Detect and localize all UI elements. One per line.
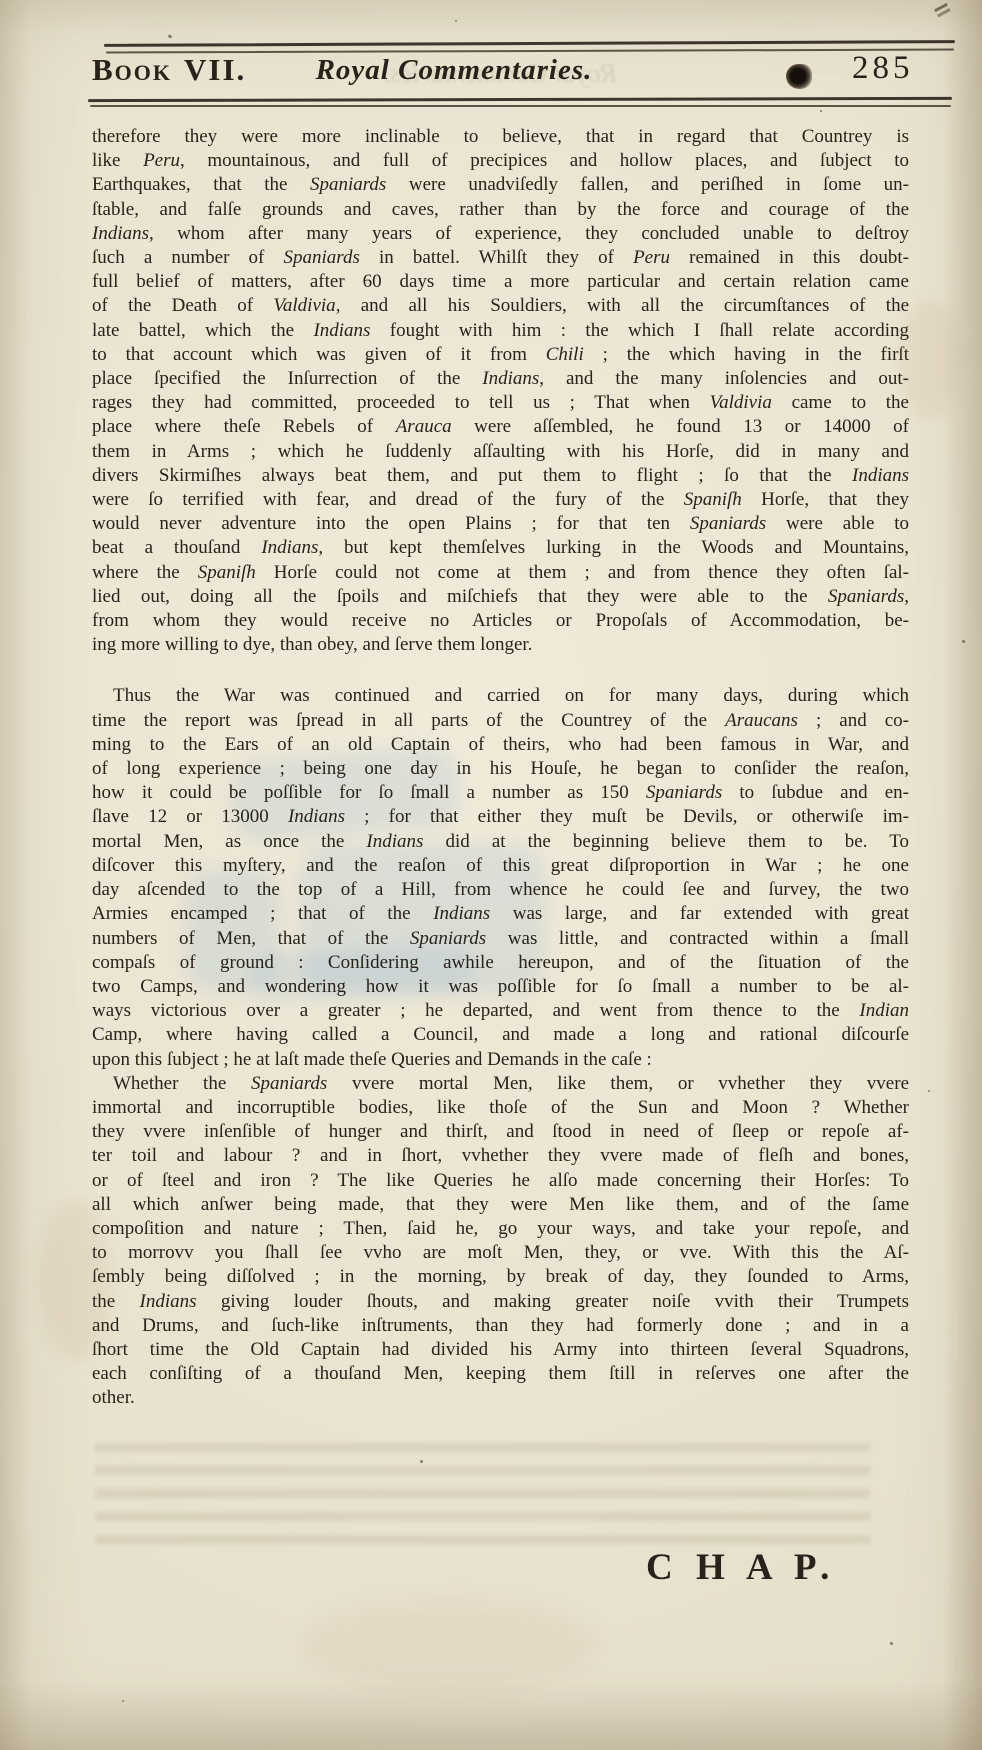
text-segment: therefore they were more inclinable to b… <box>92 126 909 147</box>
text-segment: and Drums, and ſuch-like inſtruments, th… <box>92 1315 909 1336</box>
text-line: ing more willing to dye, than obey, and … <box>92 633 909 657</box>
text-line: to morrovv you ſhall ſee vvho are moſt M… <box>92 1241 909 1265</box>
italic-proper-noun: Spaniſh <box>684 489 742 510</box>
text-line: place ſpecified the Inſurrection of the … <box>92 367 909 391</box>
text-segment: of long experience ; being one day in hi… <box>92 758 909 779</box>
text-line: each conſiſting of a thouſand Men, keepi… <box>92 1362 909 1386</box>
italic-proper-noun: Indians <box>261 537 318 558</box>
text-segment: time the report was ſpread in all parts … <box>92 710 725 731</box>
italic-proper-noun: Indians <box>366 831 423 852</box>
text-line: Camp, where having called a Council, and… <box>92 1023 909 1047</box>
text-segment: day aſcended to the top of a Hill, from … <box>92 879 909 900</box>
text-segment: how it could be poſſible for ſo ſmall a … <box>92 782 646 803</box>
text-segment: remained in this doubt- <box>670 247 909 268</box>
text-line: them in Arms ; which he ſuddenly aſſault… <box>92 440 909 464</box>
book-word: Book <box>92 52 172 87</box>
italic-proper-noun: Spaniards <box>828 586 904 607</box>
ink-blot <box>786 64 812 89</box>
italic-proper-noun: Spaniards <box>284 247 360 268</box>
text-line: Thus the War was continued and carried o… <box>92 684 909 708</box>
italic-proper-noun: Chili <box>546 344 584 365</box>
text-line: therefore they were more inclinable to b… <box>92 125 909 149</box>
page-number: 285 <box>852 50 914 87</box>
text-segment: each conſiſting of a thouſand Men, keepi… <box>92 1363 909 1384</box>
text-line: and Drums, and ſuch-like inſtruments, th… <box>92 1314 909 1338</box>
text-segment: fought with him : the which I ſhall rela… <box>370 320 909 341</box>
text-line: to that account which was given of it fr… <box>92 343 909 367</box>
text-segment: ter toil and labour ? and in ſhort, vvhe… <box>92 1145 909 1166</box>
text-line: other. <box>92 1386 909 1410</box>
text-segment: where the <box>92 562 198 583</box>
text-line: ſuch a number of Spaniards in battel. Wh… <box>92 246 909 270</box>
text-segment: in battel. Whilſt they of <box>360 247 633 268</box>
italic-proper-noun: Indian <box>859 1000 909 1021</box>
text-line: immortal and incorruptible bodies, like … <box>92 1096 909 1120</box>
italic-proper-noun: Spaniards <box>690 513 766 534</box>
text-segment: them in Arms ; which he ſuddenly aſſault… <box>92 441 909 462</box>
header-rule-top-outer <box>104 40 955 47</box>
text-segment: all which anſwer being made, that they w… <box>92 1194 909 1215</box>
text-line: time the report was ſpread in all parts … <box>92 709 909 733</box>
text-line: Whether the Spaniards vvere mortal Men, … <box>92 1072 909 1096</box>
header-rule-bottom-outer <box>88 97 952 102</box>
speck <box>168 34 173 39</box>
italic-proper-noun: Indians <box>140 1291 197 1312</box>
text-segment: was large, and far extended with great <box>490 903 909 924</box>
text-line: rages they had committed, proceeded to t… <box>92 391 909 415</box>
speck <box>890 1642 893 1645</box>
text-segment: would never adventure into the open Plai… <box>92 513 690 534</box>
italic-proper-noun: Spaniards <box>410 928 486 949</box>
italic-proper-noun: Spaniards <box>310 174 386 195</box>
text-segment: ming to the Ears of an old Captain of th… <box>92 734 909 755</box>
text-line: ſtable, and falſe grounds and caves, rat… <box>92 198 909 222</box>
text-segment: numbers of Men, that of the <box>92 928 410 949</box>
text-segment: from whom they would receive no Articles… <box>92 610 909 631</box>
text-line: would never adventure into the open Plai… <box>92 512 909 536</box>
italic-proper-noun: Indians <box>433 903 490 924</box>
text-segment: were unadviſedly fallen, and periſhed in… <box>386 174 909 195</box>
text-segment: mortal Men, as once the <box>92 831 366 852</box>
text-line: full belief of matters, after 60 days ti… <box>92 270 909 294</box>
text-segment: , and the many inſolencies and out- <box>539 368 909 389</box>
text-segment: giving louder ſhouts, and making greater… <box>197 1291 909 1312</box>
text-segment: Horſe, that they <box>742 489 909 510</box>
foxing-stain <box>900 300 960 420</box>
speck <box>962 640 965 643</box>
body-text: therefore they were more inclinable to b… <box>92 125 909 1411</box>
text-line: day aſcended to the top of a Hill, from … <box>92 878 909 902</box>
text-line: the Indians giving louder ſhouts, and ma… <box>92 1290 909 1314</box>
text-segment: to that account which was given of it fr… <box>92 344 546 365</box>
text-line: Armies encamped ; that of the Indians wa… <box>92 902 909 926</box>
text-segment: divers Skirmiſhes always beat them, and … <box>92 465 852 486</box>
text-segment: place where theſe Rebels of <box>92 416 396 437</box>
text-line: divers Skirmiſhes always beat them, and … <box>92 464 909 488</box>
text-line: compaſs of ground : Conſidering awhile h… <box>92 951 909 975</box>
header-rule-bottom-inner <box>90 105 951 107</box>
text-line: place where theſe Rebels of Arauca were … <box>92 415 909 439</box>
text-line: or of ſteel and iron ? The like Queries … <box>92 1169 909 1193</box>
text-line: ter toil and labour ? and in ſhort, vvhe… <box>92 1144 909 1168</box>
text-segment: Armies encamped ; that of the <box>92 903 433 924</box>
text-segment: the <box>92 1291 140 1312</box>
text-line: of long experience ; being one day in hi… <box>92 757 909 781</box>
text-segment: were able to <box>766 513 909 534</box>
italic-proper-noun: Spaniards <box>646 782 722 803</box>
italic-proper-noun: Valdivia <box>710 392 772 413</box>
text-segment: or of ſteel and iron ? The like Queries … <box>92 1170 909 1191</box>
text-segment: to ſubdue and en- <box>722 782 909 803</box>
text-segment: ſuch a number of <box>92 247 284 268</box>
text-line: all which anſwer being made, that they w… <box>92 1193 909 1217</box>
text-line: Earthquakes, that the Spaniards were una… <box>92 173 909 197</box>
text-line: ſhort time the Old Captain had divided h… <box>92 1338 909 1362</box>
text-segment: lied out, doing all the ſpoils and miſch… <box>92 586 828 607</box>
italic-proper-noun: Peru <box>143 150 180 171</box>
text-line: upon this ſubject ; he at laſt made theſ… <box>92 1048 909 1072</box>
paragraph: Whether the Spaniards vvere mortal Men, … <box>92 1072 909 1411</box>
text-segment: late battel, which the <box>92 320 313 341</box>
text-segment: like <box>92 150 143 171</box>
text-segment: full belief of matters, after 60 days ti… <box>92 271 909 292</box>
text-line: ways victorious over a greater ; he depa… <box>92 999 909 1023</box>
italic-proper-noun: Indians <box>482 368 539 389</box>
text-line: diſcover this myſtery, and the reaſon of… <box>92 854 909 878</box>
italic-proper-noun: Spaniards <box>251 1073 327 1094</box>
text-line: numbers of Men, that of the Spaniards wa… <box>92 927 909 951</box>
text-line: ſlave 12 or 13000 Indians ; for that eit… <box>92 805 909 829</box>
text-segment: did at the beginning believe them to be.… <box>423 831 909 852</box>
text-line: were ſo terrified with fear, and dread o… <box>92 488 909 512</box>
pen-mark <box>934 3 948 12</box>
text-segment: ſembly being diſſolved ; in the morning,… <box>92 1266 909 1287</box>
text-segment: ; the which having in the firſt <box>584 344 909 365</box>
book-label: BookVII. <box>92 52 246 88</box>
book-number: VII. <box>184 52 246 87</box>
paragraph: Thus the War was continued and carried o… <box>92 684 909 1071</box>
text-segment: Whether the <box>113 1073 251 1094</box>
text-line: mortal Men, as once the Indians did at t… <box>92 830 909 854</box>
text-line: ſembly being diſſolved ; in the morning,… <box>92 1265 909 1289</box>
text-segment: Thus the War was continued and carried o… <box>113 685 909 706</box>
speck <box>455 20 457 22</box>
text-segment: beat a thouſand <box>92 537 261 558</box>
text-line: compoſition and nature ; Then, ſaid he, … <box>92 1217 909 1241</box>
text-line: Indians, whom after many years of experi… <box>92 222 909 246</box>
text-segment: was little, and contracted within a ſmal… <box>486 928 909 949</box>
text-line: ming to the Ears of an old Captain of th… <box>92 733 909 757</box>
text-segment: Earthquakes, that the <box>92 174 310 195</box>
text-segment: came to the <box>772 392 909 413</box>
text-segment: , but kept themſelves lurking in the Woo… <box>318 537 909 558</box>
book-page-scan: Royal Commentaries. BookVII. Royal Comme… <box>0 0 982 1750</box>
text-segment: ; and co- <box>798 710 909 731</box>
text-segment: , whom after many years of experience, t… <box>149 223 909 244</box>
italic-proper-noun: Valdivia <box>273 295 335 316</box>
speck <box>928 1090 930 1092</box>
text-segment: to morrovv you ſhall ſee vvho are moſt M… <box>92 1242 909 1263</box>
running-title: Royal Commentaries. <box>286 54 622 87</box>
text-segment: ſlave 12 or 13000 <box>92 806 288 827</box>
speck <box>820 110 822 112</box>
text-segment: other. <box>92 1387 135 1408</box>
text-segment: ; for that either they muſt be Devils, o… <box>345 806 909 827</box>
text-segment: two Camps, and wondering how it was poſſ… <box>92 976 909 997</box>
italic-proper-noun: Indians <box>313 320 370 341</box>
text-segment: of the Death of <box>92 295 273 316</box>
paragraph: therefore they were more inclinable to b… <box>92 125 909 657</box>
speck <box>420 1460 423 1463</box>
italic-proper-noun: Indians <box>288 806 345 827</box>
text-line: from whom they would receive no Articles… <box>92 609 909 633</box>
text-segment: Camp, where having called a Council, and… <box>92 1024 909 1045</box>
text-segment: they vvere inſenſible of hunger and thir… <box>92 1121 909 1142</box>
text-line: they vvere inſenſible of hunger and thir… <box>92 1120 909 1144</box>
text-segment: ways victorious over a greater ; he depa… <box>92 1000 859 1021</box>
text-segment: diſcover this myſtery, and the reaſon of… <box>92 855 909 876</box>
text-segment: rages they had committed, proceeded to t… <box>92 392 710 413</box>
text-segment: place ſpecified the Inſurrection of the <box>92 368 482 389</box>
text-line: beat a thouſand Indians, but kept themſe… <box>92 536 909 560</box>
text-line: of the Death of Valdivia, and all his So… <box>92 294 909 318</box>
text-segment: ing more willing to dye, than obey, and … <box>92 634 532 655</box>
text-segment: ſtable, and falſe grounds and caves, rat… <box>92 199 909 220</box>
text-segment: compoſition and nature ; Then, ſaid he, … <box>92 1218 909 1239</box>
catchword: C H A P. <box>646 1546 836 1589</box>
text-segment: Horſe could not come at them ; and from … <box>256 562 909 583</box>
italic-proper-noun: Spaniſh <box>198 562 256 583</box>
italic-proper-noun: Peru <box>633 247 670 268</box>
text-line: lied out, doing all the ſpoils and miſch… <box>92 585 909 609</box>
italic-proper-noun: Arauca <box>396 416 452 437</box>
text-segment: ſhort time the Old Captain had divided h… <box>92 1339 909 1360</box>
text-line: where the Spaniſh Horſe could not come a… <box>92 561 909 585</box>
text-segment: were aſſembled, he found 13 or 14000 of <box>452 416 909 437</box>
text-segment: were ſo terrified with fear, and dread o… <box>92 489 684 510</box>
text-line: how it could be poſſible for ſo ſmall a … <box>92 781 909 805</box>
text-segment: , mountainous, and full of precipices an… <box>180 150 909 171</box>
text-line: two Camps, and wondering how it was poſſ… <box>92 975 909 999</box>
text-line: late battel, which the Indians fought wi… <box>92 319 909 343</box>
text-segment: vvere mortal Men, like them, or vvhether… <box>327 1073 909 1094</box>
text-segment: , <box>904 586 909 607</box>
show-through-lines <box>95 1443 870 1551</box>
text-segment: immortal and incorruptible bodies, like … <box>92 1097 909 1118</box>
text-segment: , and all his Souldiers, with all the ci… <box>336 295 909 316</box>
foxing-stain <box>300 1600 600 1690</box>
text-segment: upon this ſubject ; he at laſt made theſ… <box>92 1049 652 1070</box>
speck <box>122 1700 124 1702</box>
italic-proper-noun: Araucans <box>725 710 798 731</box>
italic-proper-noun: Indians <box>852 465 909 486</box>
text-segment: compaſs of ground : Conſidering awhile h… <box>92 952 909 973</box>
italic-proper-noun: Indians <box>92 223 149 244</box>
text-line: like Peru, mountainous, and full of prec… <box>92 149 909 173</box>
